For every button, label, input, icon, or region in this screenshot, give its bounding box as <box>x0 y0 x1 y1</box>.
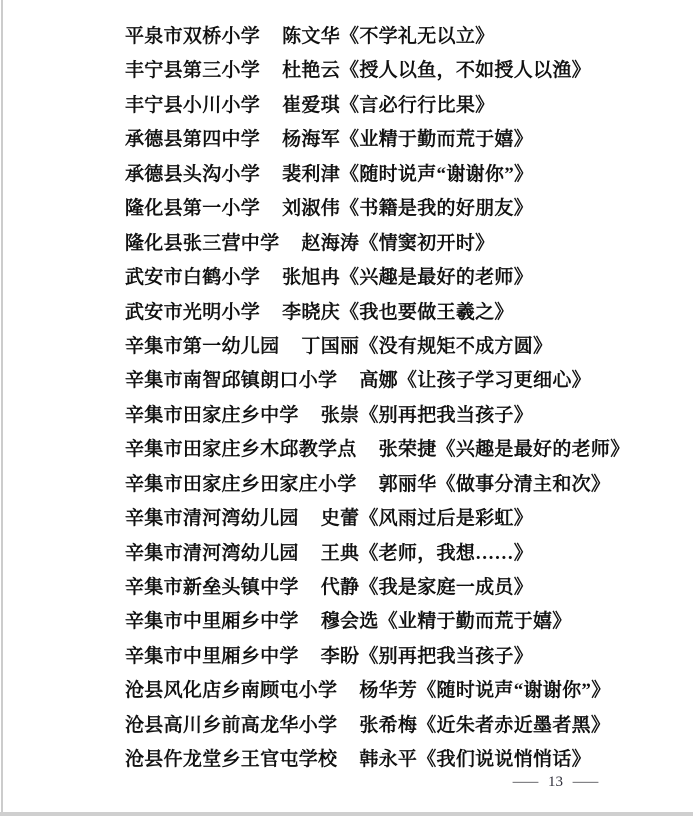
essay-title: 《兴趣是最好的老师》 <box>437 439 630 460</box>
author-name: 裴利津 <box>282 164 340 185</box>
school-name: 辛集市第一幼儿园 <box>125 336 279 357</box>
school-name: 辛集市田家庄乡中学 <box>125 405 299 426</box>
school-name: 隆化县第一小学 <box>125 198 260 219</box>
entry-row: 承德县第四中学杨海军《业精于勤而荒于嬉》 <box>125 123 665 157</box>
essay-title: 《近朱者赤近墨者黑》 <box>417 715 610 736</box>
entry-row: 辛集市田家庄乡中学张崇《别再把我当孩子》 <box>125 399 665 433</box>
school-name: 武安市光明小学 <box>125 302 260 323</box>
author-name: 史蕾 <box>321 508 360 529</box>
scan-edge-bottom <box>0 812 693 816</box>
school-name: 丰宁县小川小学 <box>125 95 260 116</box>
school-name: 沧县仵龙堂乡王官屯学校 <box>125 749 337 770</box>
essay-title: 《书籍是我的好朋友》 <box>340 198 533 219</box>
author-name: 穆会选 <box>321 611 379 632</box>
essay-title: 《我是家庭一成员》 <box>359 577 533 598</box>
author-name: 赵海涛 <box>301 233 359 254</box>
essay-title: 《情窦初开时》 <box>359 233 494 254</box>
entry-row: 辛集市南智邱镇朗口小学高娜《让孩子学习更细心》 <box>125 364 665 398</box>
footer-right-dash: — <box>573 774 599 791</box>
school-name: 沧县高川乡前高龙华小学 <box>125 715 337 736</box>
essay-title: 《别再把我当孩子》 <box>359 646 533 667</box>
author-name: 代静 <box>321 577 360 598</box>
author-name: 杨海军 <box>282 129 340 150</box>
school-name: 辛集市中里厢乡中学 <box>125 646 299 667</box>
school-name: 承德县第四中学 <box>125 129 260 150</box>
school-name: 辛集市中里厢乡中学 <box>125 611 299 632</box>
author-name: 刘淑伟 <box>282 198 340 219</box>
entry-row: 辛集市清河湾幼儿园王典《老师，我想……》 <box>125 537 665 571</box>
essay-title: 《随时说声“谢谢你”》 <box>417 680 610 701</box>
essay-title: 《别再把我当孩子》 <box>359 405 533 426</box>
entry-row: 辛集市清河湾幼儿园史蕾《风雨过后是彩虹》 <box>125 502 665 536</box>
entry-row: 辛集市中里厢乡中学李盼《别再把我当孩子》 <box>125 640 665 674</box>
entry-row: 隆化县张三营中学赵海涛《情窦初开时》 <box>125 227 665 261</box>
award-list: 平泉市双桥小学陈文华《不学礼无以立》 丰宁县第三小学杜艳云《授人以鱼，不如授人以… <box>125 20 665 778</box>
essay-title: 《风雨过后是彩虹》 <box>359 508 533 529</box>
essay-title: 《不学礼无以立》 <box>340 26 494 47</box>
entry-row: 丰宁县小川小学崔爱琪《言必行行比果》 <box>125 89 665 123</box>
entry-row: 丰宁县第三小学杜艳云《授人以鱼，不如授人以渔》 <box>125 54 665 88</box>
entry-row: 隆化县第一小学刘淑伟《书籍是我的好朋友》 <box>125 192 665 226</box>
entry-row: 辛集市第一幼儿园丁国丽《没有规矩不成方圆》 <box>125 330 665 364</box>
entry-row: 辛集市田家庄乡木邱教学点张荣捷《兴趣是最好的老师》 <box>125 433 665 467</box>
essay-title: 《老师，我想……》 <box>359 543 533 564</box>
author-name: 丁国丽 <box>301 336 359 357</box>
school-name: 辛集市清河湾幼儿园 <box>125 508 299 529</box>
author-name: 张旭冉 <box>282 267 340 288</box>
school-name: 沧县风化店乡南顾屯小学 <box>125 680 337 701</box>
essay-title: 《言必行行比果》 <box>340 95 494 116</box>
school-name: 承德县头沟小学 <box>125 164 260 185</box>
school-name: 辛集市田家庄乡田家庄小学 <box>125 474 357 495</box>
author-name: 李晓庆 <box>282 302 340 323</box>
author-name: 张希梅 <box>359 715 417 736</box>
entry-row: 辛集市中里厢乡中学穆会选《业精于勤而荒于嬉》 <box>125 605 665 639</box>
author-name: 李盼 <box>321 646 360 667</box>
entry-row: 沧县高川乡前高龙华小学张希梅《近朱者赤近墨者黑》 <box>125 709 665 743</box>
essay-title: 《让孩子学习更细心》 <box>398 370 591 391</box>
scan-edge-left <box>1 0 3 816</box>
essay-title: 《没有规矩不成方圆》 <box>359 336 552 357</box>
essay-title: 《我也要做王羲之》 <box>340 302 514 323</box>
author-name: 陈文华 <box>282 26 340 47</box>
entry-row: 平泉市双桥小学陈文华《不学礼无以立》 <box>125 20 665 54</box>
author-name: 高娜 <box>359 370 398 391</box>
school-name: 武安市白鹤小学 <box>125 267 260 288</box>
author-name: 张崇 <box>321 405 360 426</box>
essay-title: 《业精于勤而荒于嬉》 <box>340 129 533 150</box>
school-name: 隆化县张三营中学 <box>125 233 279 254</box>
author-name: 王典 <box>321 543 360 564</box>
essay-title: 《随时说声“谢谢你”》 <box>340 164 533 185</box>
school-name: 辛集市新垒头镇中学 <box>125 577 299 598</box>
entry-row: 沧县仵龙堂乡王官屯学校韩永平《我们说说悄悄话》 <box>125 743 665 777</box>
page-footer: —13— <box>518 774 593 791</box>
essay-title: 《授人以鱼，不如授人以渔》 <box>340 60 591 81</box>
essay-title: 《我们说说悄悄话》 <box>417 749 591 770</box>
entry-row: 武安市白鹤小学张旭冉《兴趣是最好的老师》 <box>125 261 665 295</box>
entry-row: 承德县头沟小学裴利津《随时说声“谢谢你”》 <box>125 158 665 192</box>
school-name: 平泉市双桥小学 <box>125 26 260 47</box>
school-name: 丰宁县第三小学 <box>125 60 260 81</box>
school-name: 辛集市南智邱镇朗口小学 <box>125 370 337 391</box>
page-number: 13 <box>548 774 563 791</box>
author-name: 张荣捷 <box>379 439 437 460</box>
entry-row: 辛集市新垒头镇中学代静《我是家庭一成员》 <box>125 571 665 605</box>
entry-row: 武安市光明小学李晓庆《我也要做王羲之》 <box>125 296 665 330</box>
entry-row: 辛集市田家庄乡田家庄小学郭丽华《做事分清主和次》 <box>125 468 665 502</box>
author-name: 崔爱琪 <box>282 95 340 116</box>
footer-left-dash: — <box>513 774 539 791</box>
school-name: 辛集市清河湾幼儿园 <box>125 543 299 564</box>
document-page: 平泉市双桥小学陈文华《不学礼无以立》 丰宁县第三小学杜艳云《授人以鱼，不如授人以… <box>0 0 693 816</box>
entry-row: 沧县风化店乡南顾屯小学杨华芳《随时说声“谢谢你”》 <box>125 674 665 708</box>
school-name: 辛集市田家庄乡木邱教学点 <box>125 439 357 460</box>
author-name: 杨华芳 <box>359 680 417 701</box>
essay-title: 《业精于勤而荒于嬉》 <box>379 611 572 632</box>
essay-title: 《兴趣是最好的老师》 <box>340 267 533 288</box>
author-name: 杜艳云 <box>282 60 340 81</box>
essay-title: 《做事分清主和次》 <box>437 474 611 495</box>
author-name: 韩永平 <box>359 749 417 770</box>
author-name: 郭丽华 <box>379 474 437 495</box>
